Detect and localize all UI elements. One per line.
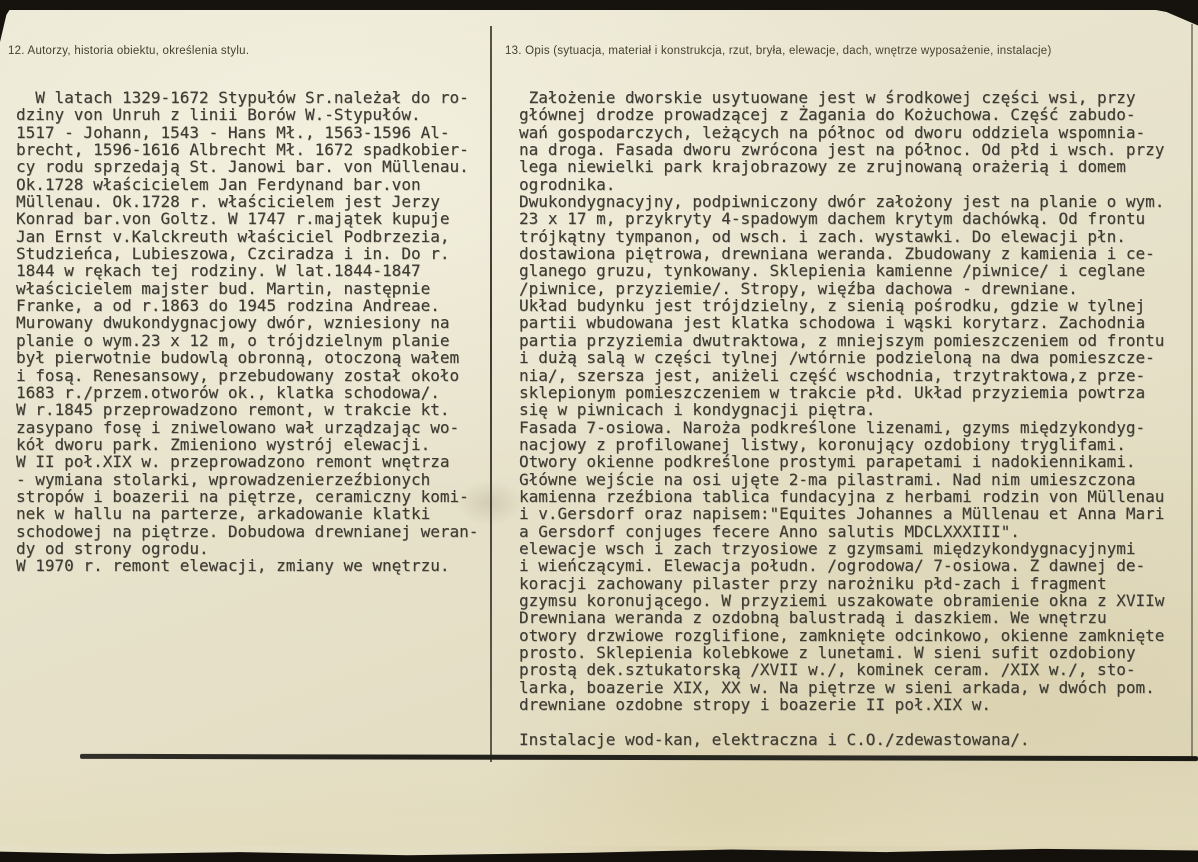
card-bottom-margin bbox=[0, 760, 1198, 846]
section-12-label: 12. Autorzy, historia obiektu, określeni… bbox=[8, 45, 249, 57]
scan-edge-top-right bbox=[1128, 0, 1198, 30]
section-13-text: Założenie dworskie usytuowane jest w śro… bbox=[519, 89, 1198, 748]
scan-edge-bottom bbox=[0, 846, 1198, 862]
section-13-label: 13. Opis (sytuacja, materiał i konstrukc… bbox=[505, 45, 1052, 57]
scan-edge-top bbox=[0, 0, 1198, 10]
document-card: 12. Autorzy, historia obiektu, określeni… bbox=[0, 0, 1198, 862]
section-12-text: W latach 1329-1672 Stypułów Sr.należał d… bbox=[16, 89, 494, 575]
